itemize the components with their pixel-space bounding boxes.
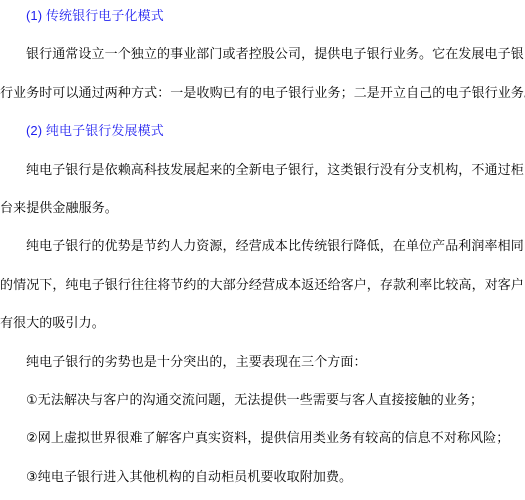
heading-text: (2) 纯电子银行发展模式 bbox=[0, 112, 525, 150]
list-item-2: ②网上虚拟世界很难了解客户真实资料，提供信用类业务有较高的信息不对称风险； bbox=[0, 419, 525, 457]
text-line: 台来提供金融服务。 bbox=[0, 189, 525, 227]
list-item-3: ③纯电子银行进入其他机构的自动柜员机要收取附加费。 bbox=[0, 458, 525, 496]
section-heading-1: (1) 传统银行电子化模式 bbox=[0, 0, 525, 35]
paragraph-2: 纯电子银行是依赖高科技发展起来的全新电子银行，这类银行没有分支机构，不通过柜 台… bbox=[0, 151, 525, 228]
text-line: ①无法解决与客户的沟通交流问题，无法提供一些需要与客人直接接触的业务； bbox=[0, 381, 525, 419]
text-line: 纯电子银行的优势是节约人力资源，经营成本比传统银行降低，在单位产品利润率相同 bbox=[0, 227, 525, 265]
text-line: 银行通常设立一个独立的事业部门或者控股公司，提供电子银行业务。它在发展电子银 bbox=[0, 35, 525, 73]
document-page: (1) 传统银行电子化模式 银行通常设立一个独立的事业部门或者控股公司，提供电子… bbox=[0, 0, 525, 500]
document-content: (1) 传统银行电子化模式 银行通常设立一个独立的事业部门或者控股公司，提供电子… bbox=[0, 0, 525, 496]
text-line: 纯电子银行的劣势也是十分突出的，主要表现在三个方面： bbox=[0, 343, 525, 381]
text-line: 有很大的吸引力。 bbox=[0, 304, 525, 342]
paragraph-1: 银行通常设立一个独立的事业部门或者控股公司，提供电子银行业务。它在发展电子银 行… bbox=[0, 35, 525, 112]
text-line: ②网上虚拟世界很难了解客户真实资料，提供信用类业务有较高的信息不对称风险； bbox=[0, 419, 525, 457]
section-heading-2: (2) 纯电子银行发展模式 bbox=[0, 112, 525, 150]
text-line: 的情况下，纯电子银行往往将节约的大部分经营成本返还给客户，存款利率比较高，对客户 bbox=[0, 266, 525, 304]
text-line: 行业务时可以通过两种方式：一是收购已有的电子银行业务；二是开立自己的电子银行业务… bbox=[0, 74, 525, 112]
paragraph-3: 纯电子银行的优势是节约人力资源，经营成本比传统银行降低，在单位产品利润率相同 的… bbox=[0, 227, 525, 342]
text-line: 纯电子银行是依赖高科技发展起来的全新电子银行，这类银行没有分支机构，不通过柜 bbox=[0, 151, 525, 189]
list-item-1: ①无法解决与客户的沟通交流问题，无法提供一些需要与客人直接接触的业务； bbox=[0, 381, 525, 419]
text-line: ③纯电子银行进入其他机构的自动柜员机要收取附加费。 bbox=[0, 458, 525, 496]
paragraph-4: 纯电子银行的劣势也是十分突出的，主要表现在三个方面： bbox=[0, 343, 525, 381]
heading-text: (1) 传统银行电子化模式 bbox=[0, 0, 525, 35]
